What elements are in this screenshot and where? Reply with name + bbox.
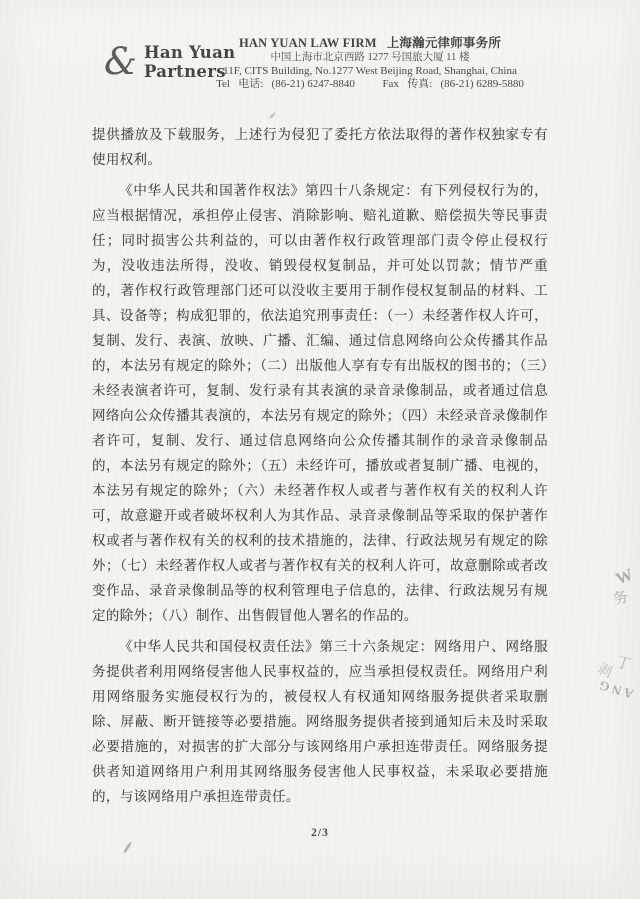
firm-tel-fax-line: Tel 电话: (86-21) 6247-8840 Fax 传真: (86-21… (205, 78, 535, 92)
legal-paragraph-continuation: 提供播放及下载服务，上述行为侵犯了委托方依法取得的著作权独家专有使用权利。 (92, 122, 548, 172)
tel-number: (86-21) 6247-8840 (272, 78, 355, 90)
seal-stamp-partial: W 务 剥 丁 ANG (594, 550, 640, 720)
tel-label-en: Tel (216, 78, 230, 90)
seal-character: 务 (611, 585, 631, 609)
fax-number: (86-21) 6289-5880 (441, 78, 524, 90)
firm-name-en: HAN YUAN LAW FIRM (239, 36, 377, 50)
letterhead: HAN YUAN LAW FIRM 上海瀚元律师事务所 中国上海市北京西路 12… (205, 36, 535, 92)
fax-label-cn: 传真: (407, 78, 432, 90)
pen-mark-artifact (123, 841, 132, 854)
firm-name-line: HAN YUAN LAW FIRM 上海瀚元律师事务所 (205, 36, 535, 51)
seal-character: 丁 (613, 650, 633, 674)
legal-paragraph-tort-law: 《中华人民共和国侵权责任法》第三十六条规定：网络用户、网络服务提供者利用网络侵害… (92, 634, 548, 809)
seal-letters: ANG (595, 676, 636, 702)
seal-arc (600, 699, 640, 732)
firm-name-cn: 上海瀚元律师事务所 (387, 36, 501, 50)
tel-label-cn: 电话: (238, 78, 263, 90)
document-body: 提供播放及下载服务，上述行为侵犯了委托方依法取得的著作权独家专有使用权利。 《中… (92, 122, 548, 815)
scanned-legal-document-page: & Han Yuan Partners HAN YUAN LAW FIRM 上海… (0, 0, 640, 899)
firm-address-en: 11F, CITS Building, No.1277 West Beijing… (205, 65, 535, 79)
page-number: 2/3 (92, 827, 548, 839)
scan-speck-artifact (269, 112, 276, 119)
fax-label-en: Fax (382, 78, 399, 90)
legal-paragraph-copyright-law: 《中华人民共和国著作权法》第四十八条规定：有下列侵权行为的，应当根据情况，承担停… (92, 178, 548, 628)
ampersand-logo-icon: & (104, 42, 137, 82)
firm-address-cn: 中国上海市北京西路 1277 号国旅大厦 11 楼 (205, 51, 535, 65)
seal-arc (608, 604, 640, 635)
